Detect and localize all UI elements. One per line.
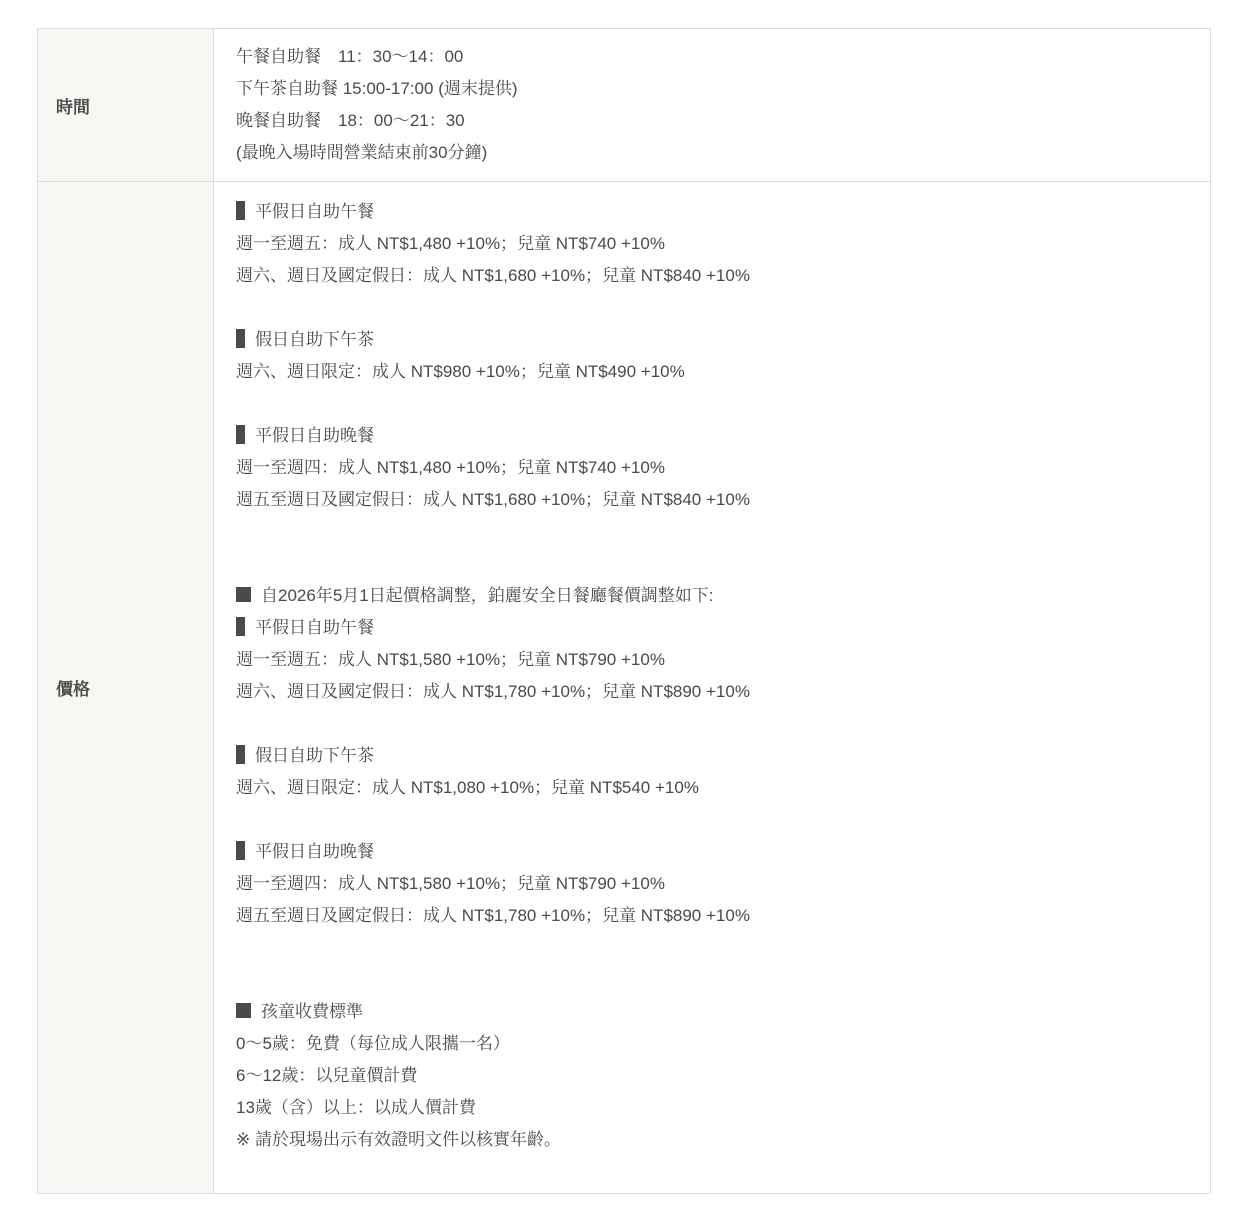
price-section: 假日自助下午茶週六、週日限定：成人 NT$980 +10%；兒童 NT$490 … [236, 324, 1190, 388]
row-header-price: 價格 [38, 182, 214, 1194]
price-section: 平假日自助晚餐週一至週四：成人 NT$1,580 +10%；兒童 NT$790 … [236, 836, 1190, 932]
time-line: (最晚入場時間營業結束前30分鐘) [236, 137, 1190, 169]
price-section: 孩童收費標準0～5歲：免費（每位成人限攜一名）6～12歲：以兒童價計費13歲（含… [236, 996, 1190, 1156]
square-marker-icon [236, 1003, 251, 1018]
price-section-title: 假日自助下午茶 [255, 330, 374, 349]
table-row-price: 價格 平假日自助午餐週一至週五：成人 NT$1,480 +10%；兒童 NT$7… [38, 182, 1211, 1194]
price-line: 週一至週五：成人 NT$1,580 +10%；兒童 NT$790 +10% [236, 644, 1190, 676]
price-line: 週一至週四：成人 NT$1,480 +10%；兒童 NT$740 +10% [236, 452, 1190, 484]
price-section-title-line: 假日自助下午茶 [236, 740, 1190, 772]
info-table-wrap: 時間 午餐自助餐 11：30～14：00下午茶自助餐 15:00-17:00 (… [37, 28, 1211, 1194]
time-cell: 午餐自助餐 11：30～14：00下午茶自助餐 15:00-17:00 (週末提… [214, 29, 1211, 182]
price-section-title-line: 平假日自助晚餐 [236, 836, 1190, 868]
price-line: 0～5歲：免費（每位成人限攜一名） [236, 1028, 1190, 1060]
price-section-title: 平假日自助午餐 [255, 618, 374, 637]
price-section: 平假日自助午餐週一至週五：成人 NT$1,480 +10%；兒童 NT$740 … [236, 196, 1190, 292]
price-line: 13歲（含）以上：以成人價計費 [236, 1092, 1190, 1124]
row-header-time: 時間 [38, 29, 214, 182]
price-section: 假日自助下午茶週六、週日限定：成人 NT$1,080 +10%；兒童 NT$54… [236, 740, 1190, 804]
price-section-title-line: 自2026年5月1日起價格調整，鉑麗安全日餐廳餐價調整如下: [236, 580, 1190, 612]
info-table: 時間 午餐自助餐 11：30～14：00下午茶自助餐 15:00-17:00 (… [37, 28, 1211, 1194]
price-line: 週六、週日限定：成人 NT$980 +10%；兒童 NT$490 +10% [236, 356, 1190, 388]
bar-marker-icon [236, 617, 245, 636]
price-section-title: 平假日自助晚餐 [255, 426, 374, 445]
price-section: 平假日自助午餐週一至週五：成人 NT$1,580 +10%；兒童 NT$790 … [236, 612, 1190, 708]
price-section-title-line: 假日自助下午茶 [236, 324, 1190, 356]
price-section-title: 平假日自助晚餐 [255, 842, 374, 861]
price-line: 週一至週五：成人 NT$1,480 +10%；兒童 NT$740 +10% [236, 228, 1190, 260]
time-line: 下午茶自助餐 15:00-17:00 (週末提供) [236, 73, 1190, 105]
price-line: 週六、週日及國定假日：成人 NT$1,780 +10%；兒童 NT$890 +1… [236, 676, 1190, 708]
price-line: ※ 請於現場出示有效證明文件以核實年齡。 [236, 1124, 1190, 1156]
bar-marker-icon [236, 425, 245, 444]
price-section-title: 孩童收費標準 [261, 1002, 363, 1021]
square-marker-icon [236, 587, 251, 602]
price-line: 週五至週日及國定假日：成人 NT$1,780 +10%；兒童 NT$890 +1… [236, 900, 1190, 932]
price-section-title-line: 孩童收費標準 [236, 996, 1190, 1028]
bar-marker-icon [236, 745, 245, 764]
time-line: 午餐自助餐 11：30～14：00 [236, 41, 1190, 73]
price-section: 自2026年5月1日起價格調整，鉑麗安全日餐廳餐價調整如下: [236, 580, 1190, 612]
price-section-title: 自2026年5月1日起價格調整，鉑麗安全日餐廳餐價調整如下: [261, 586, 713, 605]
price-line: 週一至週四：成人 NT$1,580 +10%；兒童 NT$790 +10% [236, 868, 1190, 900]
price-section-title-line: 平假日自助午餐 [236, 612, 1190, 644]
price-section: 平假日自助晚餐週一至週四：成人 NT$1,480 +10%；兒童 NT$740 … [236, 420, 1190, 516]
price-line: 週五至週日及國定假日：成人 NT$1,680 +10%；兒童 NT$840 +1… [236, 484, 1190, 516]
price-section-title: 假日自助下午茶 [255, 746, 374, 765]
bar-marker-icon [236, 201, 245, 220]
price-cell: 平假日自助午餐週一至週五：成人 NT$1,480 +10%；兒童 NT$740 … [214, 182, 1211, 1194]
bar-marker-icon [236, 329, 245, 348]
price-line: 週六、週日限定：成人 NT$1,080 +10%；兒童 NT$540 +10% [236, 772, 1190, 804]
price-line: 6～12歲：以兒童價計費 [236, 1060, 1190, 1092]
price-section-title-line: 平假日自助晚餐 [236, 420, 1190, 452]
bar-marker-icon [236, 841, 245, 860]
time-line: 晚餐自助餐 18：00～21：30 [236, 105, 1190, 137]
price-section-title-line: 平假日自助午餐 [236, 196, 1190, 228]
price-section-title: 平假日自助午餐 [255, 202, 374, 221]
table-row-time: 時間 午餐自助餐 11：30～14：00下午茶自助餐 15:00-17:00 (… [38, 29, 1211, 182]
price-line: 週六、週日及國定假日：成人 NT$1,680 +10%；兒童 NT$840 +1… [236, 260, 1190, 292]
